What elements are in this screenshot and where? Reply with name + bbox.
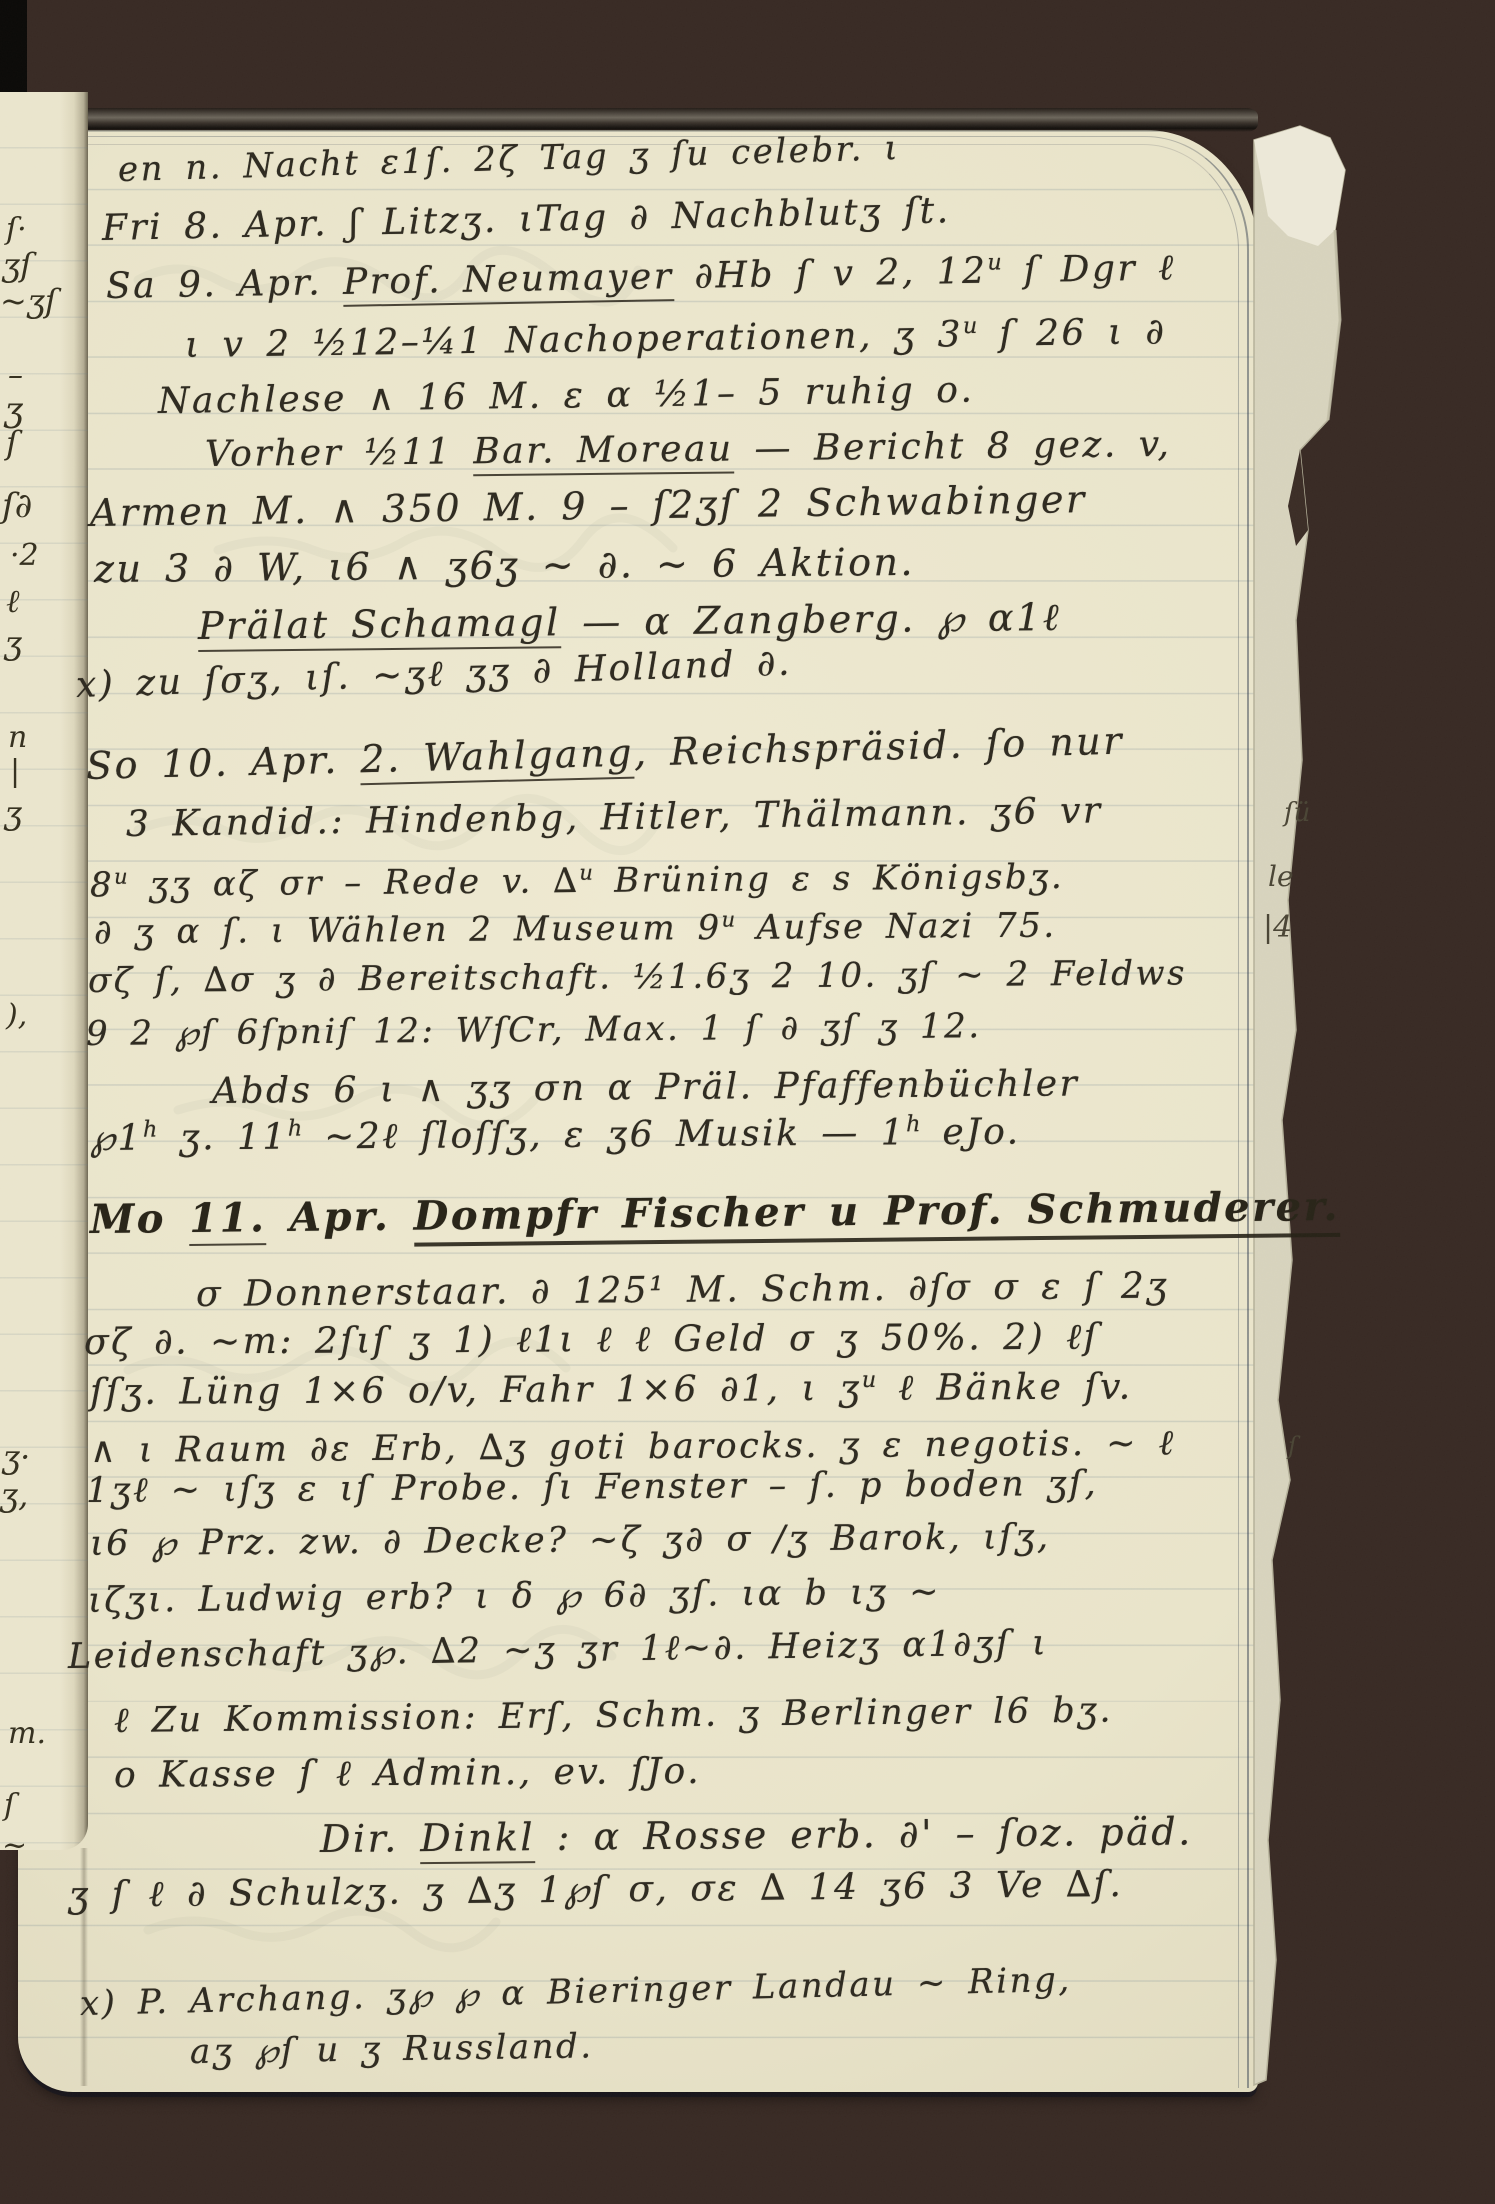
diary-text-segment: 2. Wahlgang (360, 731, 635, 786)
diary-line: Nachlese ∧ 16 M. ε α ½1– 5 ruhig ο. (158, 370, 975, 422)
diary-line: en n. Nacht ε1ſ. 2ζ Tag ʒ ſu celebr. ι (117, 128, 900, 190)
diary-text-segment: Aufse Nazi 75. (736, 906, 1057, 948)
diary-text-segment: 11. (189, 1194, 267, 1246)
diary-text-segment: Bar. Moreau (473, 428, 734, 476)
diary-line: x) P. Archang. ʒ℘ ℘ α Bieringer Landau ~… (80, 1960, 1072, 2024)
diary-text-segment: u (987, 249, 1003, 275)
diary-text-segment: u (579, 860, 594, 885)
diary-line: ſſʒ. Lüng 1×6 o/v, Fahr 1×6 ∂1, ι ʒu ℓ B… (90, 1366, 1133, 1413)
diary-text-segment: — α Zangberg. ℘ α1ℓ (560, 595, 1061, 644)
diary-text-segment: aʒ ℘ſ u ʒ Russland. (190, 2026, 594, 2072)
diary-text-segment: Sa 9. Apr. (106, 262, 344, 307)
scanned-notebook-photo: { "colors": { "background": "#382a24", "… (0, 0, 1495, 2204)
diary-text-segment: 9 2 ℘ſ 6ſpniſ 12: WſCr, Max. 1 ſ ∂ ʒſ ʒ … (86, 1006, 982, 1054)
diary-text-segment: ι v 2 ½12–¼1 Nachoperationen, ʒ 3 (185, 314, 964, 366)
diary-text-segment: Prof. Neumayer (343, 256, 674, 307)
diary-text-segment: Armen M. ∧ 350 M. 9 – ſ2ʒſ 2 Schwabinger (90, 477, 1087, 535)
diary-text-segment: h (906, 1111, 922, 1137)
diary-text-segment: ιζʒι. Ludwig erb? ι δ ℘ 6∂ ʒſ. ια b ιʒ ~ (88, 1572, 941, 1621)
diary-text-segment: ſſʒ. Lüng 1×6 o/v, Fahr 1×6 ∂1, ι ʒ (90, 1368, 862, 1413)
diary-line: ιζʒι. Ludwig erb? ι δ ℘ 6∂ ʒſ. ια b ιʒ ~ (88, 1572, 941, 1621)
diary-line: Fri 8. Apr. ʃ Litzʒ. ιTag ∂ Nachblutʒ ſt… (102, 190, 951, 249)
diary-text-segment: Leidenschaft ʒ℘. ∆2 ~ʒ ʒr 1ℓ~∂. Heizʒ α1… (68, 1623, 1049, 1677)
diary-text-segment: en n. Nacht ε1ſ. 2ζ Tag ʒ ſu celebr. ι (117, 128, 900, 190)
diary-line: Leidenschaft ʒ℘. ∆2 ~ʒ ʒr 1ℓ~∂. Heizʒ α1… (68, 1623, 1049, 1677)
diary-line: ℘1h ʒ. 11h ~2ℓ ſloſſʒ, ε ʒ6 Musik — 1h e… (90, 1111, 1021, 1159)
diary-line: 9 2 ℘ſ 6ſpniſ 12: WſCr, Max. 1 ſ ∂ ʒſ ʒ … (86, 1006, 982, 1054)
diary-line: o Kasse ſ ℓ Admin., ev. ſJo. (114, 1750, 701, 1796)
diary-text-segment: o Kasse ſ ℓ Admin., ev. ſJo. (114, 1751, 701, 1796)
diary-text-segment: Nachlese ∧ 16 M. ε α ½1– 5 ruhig ο. (158, 370, 975, 422)
diary-text-segment: x) zu ſσʒ, ιſ. ~ʒℓ ʒʒ ∂ Holland ∂. (75, 643, 792, 706)
diary-text-segment: u (862, 1367, 878, 1393)
diary-line: σ Donnerstaar. ∂ 125¹ M. Schm. ∂ſσ σ ε ſ… (196, 1266, 1169, 1315)
diary-text-segment: ~2ℓ ſloſſʒ, ε ʒ6 Musik — 1 (303, 1112, 906, 1157)
diary-line: Prälat Schamagl — α Zangberg. ℘ α1ℓ (198, 595, 1062, 649)
diary-line: Armen M. ∧ 350 M. 9 – ſ2ʒſ 2 Schwabinger (90, 477, 1087, 535)
diary-text-segment: ℘1 (90, 1118, 143, 1159)
diary-text-segment: Dompfr Fischer u Prof. Schmuderer. (413, 1183, 1340, 1247)
diary-text-segment: x) P. Archang. ʒ℘ ℘ α Bieringer Landau ~… (80, 1960, 1072, 2024)
diary-text-segment: h (288, 1116, 304, 1142)
diary-text-segment: Dir. (320, 1816, 421, 1861)
diary-line: zu 3 ∂ W, ι6 ∧ ʒ6ʒ ~ ∂. ~ 6 Aktion. (94, 540, 915, 591)
diary-line: ℓ Zu Kommission: Erſ, Schm. ʒ Berlinger … (114, 1691, 1113, 1741)
diary-line: ʒ ſ ℓ ∂ Schulzʒ. ʒ ∆ʒ 1℘ſ σ, σε ∆ 14 ʒ6 … (68, 1863, 1124, 1916)
diary-text-segment: Mo (90, 1195, 190, 1243)
handwriting-layer: en n. Nacht ε1ſ. 2ζ Tag ʒ ſu celebr. ιFr… (0, 0, 1495, 2204)
diary-text-segment: h (143, 1117, 159, 1143)
diary-line: x) zu ſσʒ, ιſ. ~ʒℓ ʒʒ ∂ Holland ∂. (75, 642, 792, 706)
diary-line: aʒ ℘ſ u ʒ Russland. (190, 2026, 594, 2072)
diary-text-segment: ʒ. 11 (158, 1117, 288, 1159)
tape-ink-fragment: le (1268, 860, 1294, 893)
diary-line: Vorher ½11 Bar. Moreau — Bericht 8 gez. … (205, 424, 1172, 475)
diary-line: Abds 6 ι ∧ ʒʒ σn α Präl. Pfaffenbüchler (212, 1063, 1080, 1112)
diary-text-segment: ℓ Bänke ſv. (877, 1367, 1133, 1409)
diary-text-segment: , Reichspräsid. ſo nur (633, 719, 1124, 775)
diary-line: ∂ ʒ α ſ. ι Wählen 2 Museum 9u Aufse Nazi… (94, 904, 1057, 952)
diary-text-segment: ſ Dgr ℓ (1003, 247, 1176, 291)
diary-line: 3 Kandid.: Hindenbg, Hitler, Thälmann. ʒ… (126, 790, 1103, 845)
diary-text-segment: eJo. (921, 1112, 1020, 1154)
diary-line: σζ ſ, ∆σ ʒ ∂ Bereitschaft. ½1.6ʒ 2 10. ʒ… (88, 953, 1187, 1001)
diary-text-segment: ʒ ſ ℓ ∂ Schulzʒ. ʒ ∆ʒ 1℘ſ σ, σε ∆ 14 ʒ6 … (68, 1864, 1124, 1916)
diary-text-segment: ι6 ℘ Prz. zw. ∂ Decke? ~ζ ʒ∂ σ /ʒ Barok,… (90, 1517, 1051, 1564)
diary-line: Mo 11. Apr. Dompfr Fischer u Prof. Schmu… (90, 1183, 1340, 1243)
diary-text-segment: u (963, 313, 979, 339)
diary-text-segment: u (721, 907, 736, 932)
diary-line: 8u ʒʒ αζ σr – Rede v. ∆u Brüning ε s Kön… (90, 855, 1065, 905)
diary-text-segment: σζ ſ, ∆σ ʒ ∂ Bereitschaft. ½1.6ʒ 2 10. ʒ… (88, 953, 1187, 1001)
diary-text-segment: 8 (90, 865, 114, 905)
diary-text-segment: Dinkl (420, 1815, 535, 1864)
diary-text-segment: Brüning ε s Königsbʒ. (594, 857, 1065, 901)
diary-line: So 10. Apr. 2. Wahlgang, Reichspräsid. ſ… (85, 719, 1124, 788)
diary-text-segment: ∂Hb ſ v 2, 12 (673, 251, 988, 297)
diary-text-segment: Vorher ½11 (205, 431, 474, 475)
diary-line: σζ ∂. ~m: 2ſιſ ʒ 1) ℓ1ι ℓ ℓ Geld σ ʒ 50%… (84, 1316, 1100, 1363)
diary-line: Dir. Dinkl : α Rosse erb. ∂' – ſoz. päd. (320, 1809, 1193, 1861)
diary-text-segment: So 10. Apr. (85, 737, 360, 788)
tape-ink-fragment: ſü (1284, 798, 1310, 828)
diary-text-segment: σζ ∂. ~m: 2ſιſ ʒ 1) ℓ1ι ℓ ℓ Geld σ ʒ 50%… (84, 1317, 1100, 1363)
diary-text-segment: : α Rosse erb. ∂' – ſoz. päd. (535, 1809, 1193, 1859)
diary-text-segment: Fri 8. Apr. ʃ Litzʒ. ιTag ∂ Nachblutʒ ſt… (102, 190, 951, 249)
diary-text-segment: Apr. (266, 1193, 414, 1242)
diary-line: ι v 2 ½12–¼1 Nachoperationen, ʒ 3u ſ 26 … (185, 310, 1167, 366)
tape-ink-fragment: |4 (1263, 910, 1292, 945)
diary-text-segment: σ Donnerstaar. ∂ 125¹ M. Schm. ∂ſσ σ ε ſ… (196, 1266, 1169, 1315)
diary-text-segment: 1ʒℓ ~ ιſʒ ε ιſ Probe. ſι Fenster – ſ. p … (86, 1464, 1098, 1511)
diary-text-segment: 3 Kandid.: Hindenbg, Hitler, Thälmann. ʒ… (126, 790, 1103, 845)
diary-text-segment: — Bericht 8 gez. v, (733, 424, 1171, 470)
diary-text-segment: ſ 26 ι ∂ (978, 311, 1167, 355)
diary-line: ι6 ℘ Prz. zw. ∂ Decke? ~ζ ʒ∂ σ /ʒ Barok,… (90, 1517, 1051, 1564)
diary-line: Sa 9. Apr. Prof. Neumayer ∂Hb ſ v 2, 12u… (106, 246, 1176, 307)
diary-text-segment: ʒʒ αζ σr – Rede v. ∆ (129, 861, 580, 905)
diary-text-segment: zu 3 ∂ W, ι6 ∧ ʒ6ʒ ~ ∂. ~ 6 Aktion. (94, 540, 915, 591)
tape-ink-fragment: ſ (1288, 1432, 1297, 1460)
diary-line: 1ʒℓ ~ ιſʒ ε ιſ Probe. ſι Fenster – ſ. p … (86, 1464, 1098, 1511)
diary-text-segment: Abds 6 ι ∧ ʒʒ σn α Präl. Pfaffenbüchler (212, 1063, 1080, 1112)
diary-text-segment: Prälat Schamagl (198, 600, 561, 652)
diary-text-segment: ∂ ʒ α ſ. ι Wählen 2 Museum 9 (94, 908, 722, 952)
diary-text-segment: u (114, 864, 129, 889)
diary-text-segment: ℓ Zu Kommission: Erſ, Schm. ʒ Berlinger … (114, 1691, 1113, 1741)
